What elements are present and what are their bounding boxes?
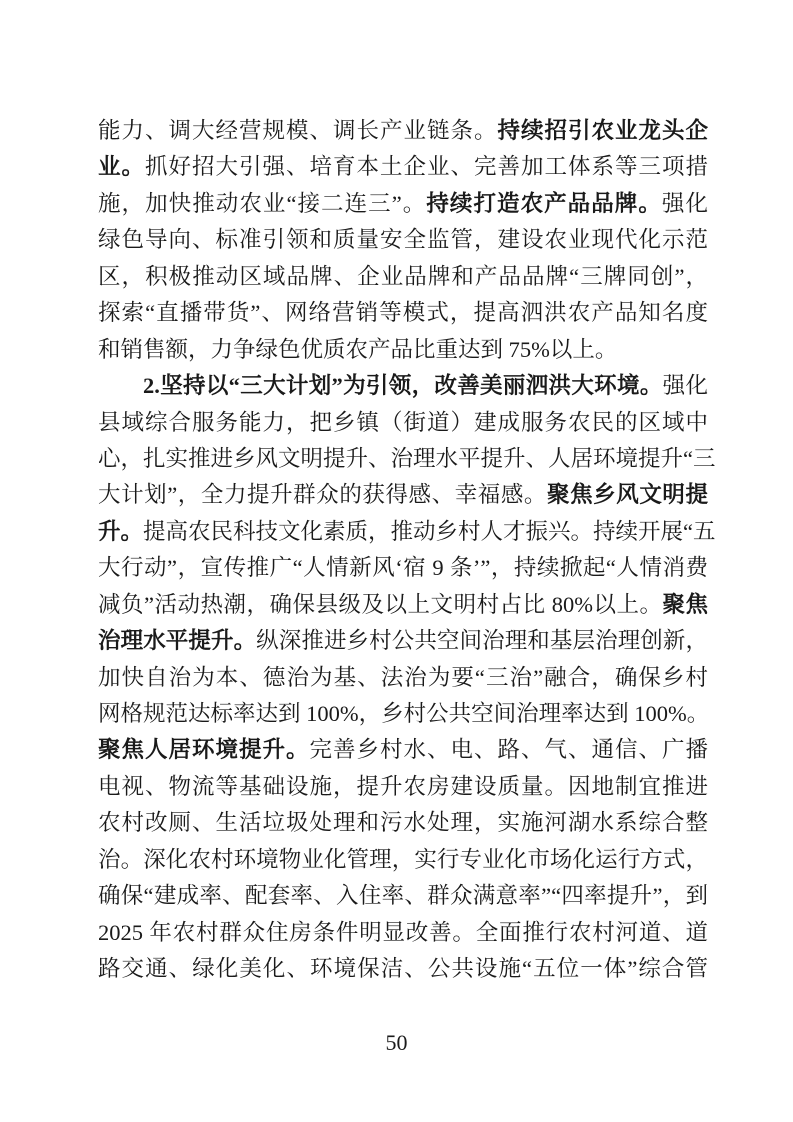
emphasis-text-run: 升。 [98,519,143,544]
text-line: 确保“建成率、配套率、入住率、群众满意率”“四率提升”，到 [98,878,708,914]
body-text-run: 能力、调大经营规模、调长产业链条。 [98,118,497,143]
emphasis-text-run: 聚焦人居环境提升。 [98,737,310,762]
body-text-run: 加快自治为本、德治为基、法治为要“三治”融合，确保乡村 [98,665,708,690]
emphasis-text-run: 2.坚持以“三大计划”为引领，改善美丽泗洪大环境。 [143,373,663,398]
text-line: 网格规范达标率达到 100%，乡村公共空间治理率达到 100%。 [98,696,708,732]
text-line: 加快自治为本、德治为基、法治为要“三治”融合，确保乡村 [98,660,708,696]
body-text-run: 绿色导向、标准引领和质量安全监管，建设农业现代化示范 [98,227,708,252]
body-text-run: 心，扎实推进乡风文明提升、治理水平提升、人居环境提升“三 [98,446,716,471]
text-line: 业。抓好招大引强、培育本土企业、完善加工体系等三项措 [98,149,708,185]
body-text-run: 确保“建成率、配套率、入住率、群众满意率”“四率提升”，到 [98,883,708,908]
text-line: 农村改厕、生活垃圾处理和污水处理，实施河湖水系综合整 [98,805,708,841]
text-line: 电视、物流等基础设施，提升农房建设质量。因地制宜推进 [98,769,708,805]
body-text-run: 治。深化农村环境物业化管理，实行专业化市场化运行方式， [98,847,708,872]
text-line: 县域综合服务能力，把乡镇（街道）建成服务农民的区域中 [98,405,708,441]
body-text-run: 网格规范达标率达到 100%，乡村公共空间治理率达到 100%。 [98,701,709,726]
body-text-run: 提高农民科技文化素质，推动乡村人才振兴。持续开展“五 [143,519,716,544]
emphasis-text-run: 持续打造农产品品牌。 [426,191,662,216]
body-text-run: 2025 年农村群众住房条件明显改善。全面推行农村河道、道 [98,920,708,945]
body-text-run: 强化 [663,373,708,398]
text-line: 探索“直播带货”、网络营销等模式，提高泗洪农产品知名度 [98,295,708,331]
text-line: 路交通、绿化美化、环境保洁、公共设施“五位一体”综合管 [98,951,708,987]
text-line: 大行动”，宣传推广“人情新风‘宿 9 条’”，持续掀起“人情消费 [98,550,708,586]
body-text-run: 路交通、绿化美化、环境保洁、公共设施“五位一体”综合管 [98,956,708,981]
text-line: 心，扎实推进乡风文明提升、治理水平提升、人居环境提升“三 [98,441,708,477]
body-text-run: 完善乡村水、电、路、气、通信、广播 [310,737,708,762]
body-text-run: 农村改厕、生活垃圾处理和污水处理，实施河湖水系综合整 [98,810,708,835]
body-text-run: 纵深推进乡村公共空间治理和基层治理创新， [256,628,708,653]
text-line: 升。提高农民科技文化素质，推动乡村人才振兴。持续开展“五 [98,514,708,550]
text-line: 2.坚持以“三大计划”为引领，改善美丽泗洪大环境。强化 [98,368,708,404]
text-line: 区，积极推动区域品牌、企业品牌和产品品牌“三牌同创”， [98,259,708,295]
page-number: 50 [386,1030,408,1055]
body-text-run: 大计划”，全力提升群众的获得感、幸福感。 [98,482,547,507]
document-body: 能力、调大经营规模、调长产业链条。持续招引农业龙头企业。抓好招大引强、培育本土企… [98,113,708,988]
body-text-run: 区，积极推动区域品牌、企业品牌和产品品牌“三牌同创”， [98,264,708,289]
text-line: 治理水平提升。纵深推进乡村公共空间治理和基层治理创新， [98,623,708,659]
body-text-run: 电视、物流等基础设施，提升农房建设质量。因地制宜推进 [98,774,708,799]
body-text-run: 施，加快推动农业“接二连三”。 [98,191,426,216]
body-text-run: 探索“直播带货”、网络营销等模式，提高泗洪农产品知名度 [98,300,708,325]
text-line: 能力、调大经营规模、调长产业链条。持续招引农业龙头企 [98,113,708,149]
emphasis-text-run: 聚焦 [662,592,708,617]
body-text-run: 减负”活动热潮，确保县级及以上文明村占比 80%以上。 [98,592,662,617]
text-line: 聚焦人居环境提升。完善乡村水、电、路、气、通信、广播 [98,732,708,768]
body-text-run: 抓好招大引强、培育本土企业、完善加工体系等三项措 [145,154,708,179]
text-line: 和销售额，力争绿色优质农产品比重达到 75%以上。 [98,332,708,368]
body-text-run: 强化 [662,191,708,216]
text-line: 2025 年农村群众住房条件明显改善。全面推行农村河道、道 [98,915,708,951]
text-line: 大计划”，全力提升群众的获得感、幸福感。聚焦乡风文明提 [98,477,708,513]
document-page: 能力、调大经营规模、调长产业链条。持续招引农业龙头企业。抓好招大引强、培育本土企… [0,0,793,1122]
text-line: 治。深化农村环境物业化管理，实行专业化市场化运行方式， [98,842,708,878]
body-text-run: 大行动”，宣传推广“人情新风‘宿 9 条’”，持续掀起“人情消费 [98,555,708,580]
page-footer: 50 [0,1030,793,1056]
text-line: 施，加快推动农业“接二连三”。持续打造农产品品牌。强化 [98,186,708,222]
emphasis-text-run: 持续招引农业龙头企 [497,118,708,143]
emphasis-text-run: 治理水平提升。 [98,628,256,653]
text-line: 减负”活动热潮，确保县级及以上文明村占比 80%以上。聚焦 [98,587,708,623]
text-line: 绿色导向、标准引领和质量安全监管，建设农业现代化示范 [98,222,708,258]
body-text-run: 和销售额，力争绿色优质农产品比重达到 75%以上。 [98,337,617,362]
body-text-run: 县域综合服务能力，把乡镇（街道）建成服务农民的区域中 [98,410,708,435]
emphasis-text-run: 聚焦乡风文明提 [547,482,708,507]
emphasis-text-run: 业。 [98,154,145,179]
